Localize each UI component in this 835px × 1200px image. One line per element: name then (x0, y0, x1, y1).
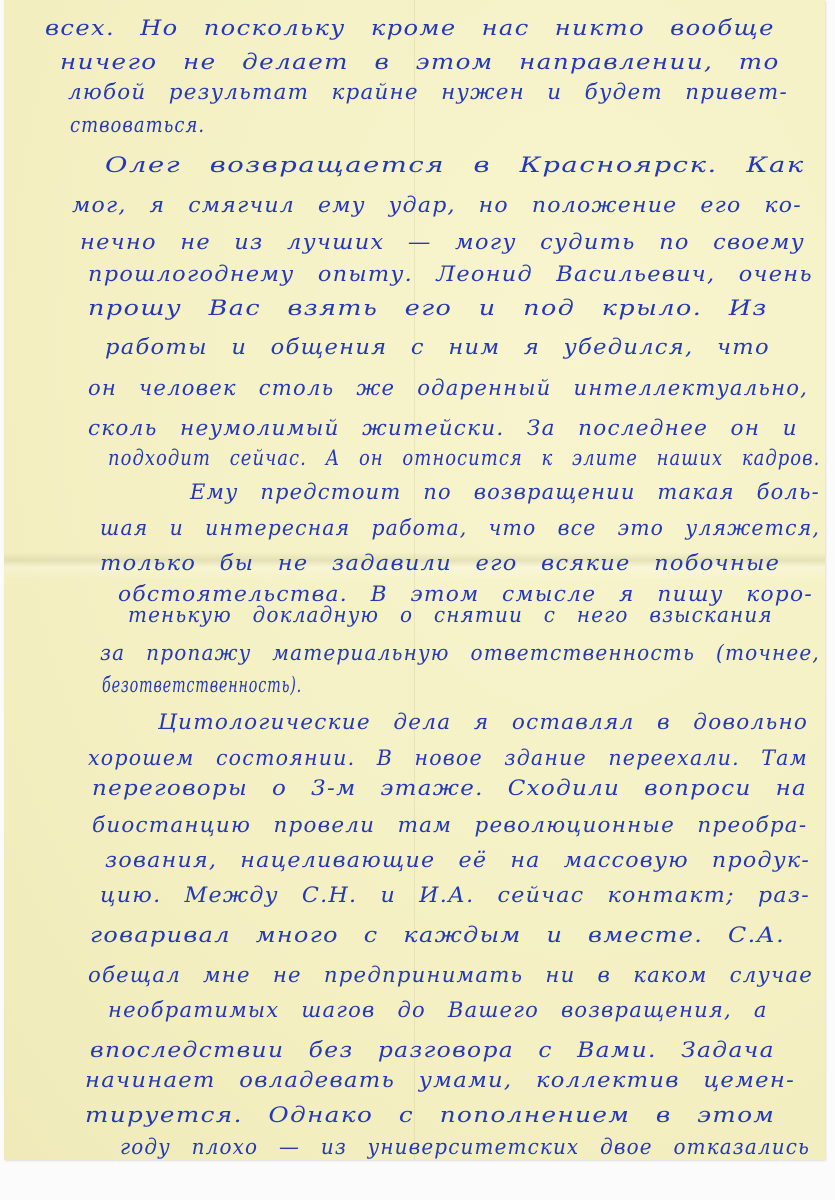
handwritten-line: тенькую докладную о снятии с него взыска… (128, 605, 773, 626)
handwritten-line: за пропажу материальную ответственность … (100, 643, 820, 664)
handwritten-line: биостанцию провели там революционные пре… (92, 815, 807, 836)
handwritten-line: шая и интересная работа, что все это уля… (100, 518, 820, 539)
handwritten-line: ствоваться. (70, 115, 205, 136)
handwritten-line: хорошем состоянии. В новое здание переех… (88, 748, 808, 769)
handwritten-line: сколь неумолимый житейски. За последнее … (88, 418, 798, 439)
handwritten-line: всех. Но поскольку кроме нас никто вообщ… (45, 18, 775, 39)
handwritten-line: обещал мне не предпринимать ни в каком с… (88, 965, 813, 986)
handwritten-line: необратимых шагов до Вашего возвращения,… (108, 1000, 768, 1021)
handwritten-line: подходит сейчас. А он относится к элите … (108, 448, 820, 469)
handwritten-line: Олег возвращается в Красноярск. Как (105, 155, 805, 176)
handwritten-line: говаривал много с каждым и вместе. С.А. (90, 925, 785, 946)
handwritten-line: только бы не задавили его всякие побочны… (100, 553, 780, 574)
handwritten-line: прошлогоднему опыту. Леонид Васильевич, … (88, 264, 813, 285)
handwritten-line: тируется. Однако с пополнением в этом (85, 1105, 775, 1126)
handwritten-line: нечно не из лучших — могу судить по свое… (80, 232, 805, 253)
handwritten-line: году плохо — из университетских двое отк… (120, 1137, 810, 1158)
handwritten-line: он человек столь же одаренный интеллекту… (88, 378, 808, 399)
handwritten-line: обстоятельства. В этом смысле я пишу кор… (118, 584, 813, 605)
handwritten-line: зования, нацеливающие её на массовую про… (105, 850, 810, 871)
handwritten-line: переговоры о 3-м этаже. Сходили вопроси … (92, 778, 807, 799)
handwritten-line: ничего не делает в этом направлении, то (60, 52, 780, 73)
handwritten-line: впоследствии без разговора с Вами. Задач… (90, 1040, 775, 1061)
handwritten-line: работы и общения с ним я убедился, что (105, 337, 770, 358)
handwritten-line: безответственность). (102, 675, 302, 696)
handwritten-line: любой результат крайне нужен и будет при… (68, 82, 788, 103)
handwritten-line: мог, я смягчил ему удар, но положение ег… (72, 195, 802, 216)
handwritten-line: Цитологические дела я оставлял в довольн… (158, 712, 808, 733)
handwritten-line: цию. Между С.Н. и И.А. сейчас контакт; р… (100, 885, 810, 906)
handwritten-line: прошу Вас взять его и под крыло. Из (88, 298, 768, 319)
handwritten-line: Ему предстоит по возвращении такая боль- (190, 482, 820, 503)
handwritten-line: начинает овладевать умами, коллектив цем… (85, 1070, 795, 1091)
